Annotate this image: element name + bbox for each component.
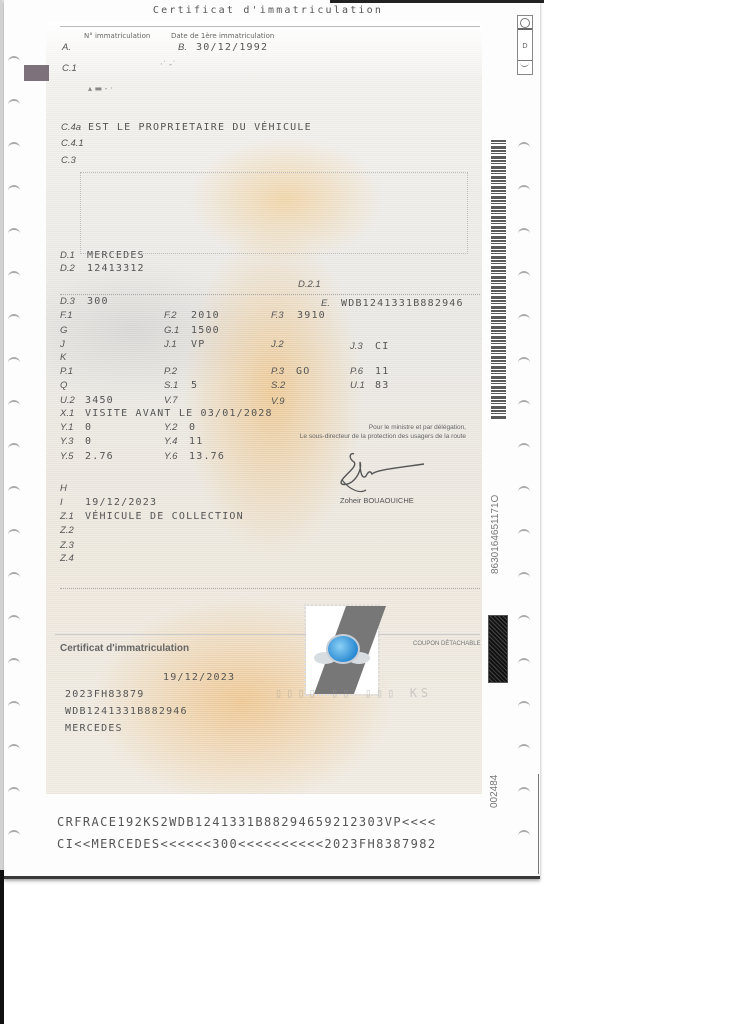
field-value-Y4: 11	[189, 436, 203, 447]
punch-hole-icon	[8, 615, 20, 623]
perforation-line	[538, 774, 539, 874]
field-label-S2: S.2	[271, 380, 285, 391]
field-label-J1: J.1	[164, 339, 177, 350]
punch-hole-icon	[8, 744, 20, 752]
field-label-S1: S.1	[164, 380, 178, 391]
faded-watermark: ▯▯▯▯ ▯▯ ▯▯▯ KS	[275, 686, 432, 700]
coupon-make: MERCEDES	[65, 723, 123, 734]
coupon-detachable-label: COUPON DÉTACHABLE	[413, 641, 481, 647]
field-label-J: J	[60, 339, 65, 350]
field-label-I: I	[60, 497, 63, 508]
field-label-U1: U.1	[350, 380, 365, 391]
barcode-number: 8630164651171O	[490, 495, 501, 574]
section-divider	[60, 588, 480, 589]
field-label-Y4: Y.4	[164, 436, 177, 447]
field-label-D21: D.2.1	[298, 279, 321, 290]
field-label-J3: J.3	[350, 341, 363, 352]
circle-icon	[518, 16, 532, 30]
field-value-B: 30/12/1992	[196, 42, 268, 53]
field-label-Y2: Y.2	[164, 422, 177, 433]
field-label-F3: F.3	[271, 310, 284, 321]
address-box	[80, 172, 468, 254]
field-value-C4a: EST LE PROPRIETAIRE DU VÉHICULE	[88, 122, 312, 133]
first-registration-label: Date de 1ère immatriculation	[171, 32, 274, 40]
field-value-U2: 3450	[85, 395, 114, 406]
field-value-D1: MERCEDES	[87, 250, 145, 261]
field-label-A: A.	[62, 42, 71, 53]
punch-hole-icon	[8, 56, 20, 64]
punch-hole-icon	[518, 271, 530, 279]
punch-hole-icon	[8, 787, 20, 795]
field-label-C4a: C.4a	[61, 122, 81, 133]
field-label-F2: F.2	[164, 310, 177, 321]
punch-hole-icon	[8, 400, 20, 408]
punch-hole-icon	[8, 486, 20, 494]
field-label-J2: J.2	[271, 339, 284, 350]
punch-hole-icon	[8, 142, 20, 150]
field-label-H: H	[60, 483, 67, 494]
field-value-I: 19/12/2023	[85, 497, 157, 508]
punch-hole-icon	[518, 572, 530, 580]
field-label-Y6: Y.6	[164, 451, 177, 462]
field-value-Z1: VÉHICULE DE COLLECTION	[85, 511, 244, 522]
field-value-P6: 11	[375, 366, 389, 377]
field-value-F2: 2010	[191, 310, 220, 321]
redacted-owner-name: ·˙ ‑˙	[160, 60, 176, 69]
field-label-Z2: Z.2	[60, 525, 74, 536]
punch-hole-icon	[518, 830, 530, 838]
field-label-P3: P.3	[271, 366, 284, 377]
punch-hole-icon	[8, 701, 20, 709]
field-label-X1: X.1	[60, 408, 74, 419]
field-value-Y5: 2.76	[85, 451, 114, 462]
field-label-D3: D.3	[60, 296, 75, 307]
marker-block	[24, 65, 49, 81]
section-divider	[60, 294, 480, 295]
signature-delegation: Pour le ministre et par délégation,	[290, 424, 466, 431]
globe-icon	[326, 634, 360, 664]
side-box: D	[517, 15, 533, 75]
field-label-Q: Q	[60, 380, 67, 391]
field-label-P2: P.2	[164, 366, 177, 377]
field-label-E: E.	[321, 298, 330, 309]
field-label-Y1: Y.1	[60, 422, 73, 433]
punch-hole-icon	[8, 443, 20, 451]
coupon-date: 19/12/2023	[163, 672, 235, 683]
side-box-letter: D	[518, 42, 532, 50]
punch-hole-icon	[518, 357, 530, 365]
registration-number-label: N° immatriculation	[84, 32, 150, 40]
field-value-G1: 1500	[191, 325, 220, 336]
arc-icon	[518, 60, 532, 75]
punch-hole-icon	[518, 314, 530, 322]
field-value-X1: VISITE AVANT LE 03/01/2028	[85, 408, 273, 419]
field-label-Y5: Y.5	[60, 451, 73, 462]
punch-hole-icon	[8, 830, 20, 838]
field-value-J1: VP	[191, 339, 205, 350]
field-value-E: WDB1241331B882946	[341, 298, 464, 309]
punch-hole-icon	[8, 572, 20, 580]
field-value-D2: 12413312	[87, 263, 145, 274]
field-label-Z1: Z.1	[60, 511, 74, 522]
punch-hole-icon	[518, 658, 530, 666]
field-value-J3: CI	[375, 341, 389, 352]
field-label-U2: U.2	[60, 395, 75, 406]
punch-hole-icon	[8, 99, 20, 107]
datamatrix-code	[488, 615, 508, 683]
punch-hole-icon	[518, 228, 530, 236]
punch-hole-icon	[518, 615, 530, 623]
redacted-owner-address: ▴ ▬ ‐ ·	[88, 84, 113, 93]
mrz-line-2: CI<<MERCEDES<<<<<<300<<<<<<<<<<2023FH838…	[57, 837, 436, 851]
field-label-Y3: Y.3	[60, 436, 73, 447]
punch-hole-icon	[8, 228, 20, 236]
header-divider	[60, 26, 480, 27]
document-title: Certificat d'immatriculation	[0, 5, 536, 16]
field-label-P1: P.1	[60, 366, 73, 377]
signature-icon	[336, 450, 428, 494]
fiscal-stamp	[306, 606, 378, 694]
coupon-vin: WDB1241331B882946	[65, 706, 188, 717]
field-label-C1: C.1	[62, 63, 77, 74]
field-label-G: G	[60, 325, 67, 336]
punch-hole-icon	[518, 400, 530, 408]
field-value-Y3: 0	[85, 436, 92, 447]
field-value-Y1: 0	[85, 422, 92, 433]
serial-number: 002484	[489, 775, 500, 808]
coupon-title: Certificat d'immatriculation	[60, 643, 189, 654]
punch-hole-icon	[518, 185, 530, 193]
field-label-C3: C.3	[61, 155, 76, 166]
coupon-formula-number: 2023FH83879	[65, 689, 144, 700]
punch-hole-icon	[518, 443, 530, 451]
field-label-V9: V.9	[271, 396, 285, 407]
field-label-D2: D.2	[60, 263, 75, 274]
punch-hole-icon	[8, 271, 20, 279]
field-value-U1: 83	[375, 380, 389, 391]
signatory-name: Zoheir BOUAOUICHE	[340, 496, 414, 505]
field-value-D3: 300	[87, 296, 109, 307]
field-label-F1: F.1	[60, 310, 73, 321]
punch-hole-icon	[518, 701, 530, 709]
punch-hole-icon	[8, 314, 20, 322]
scan-shadow	[330, 0, 544, 3]
punch-hole-icon	[518, 486, 530, 494]
field-label-B: B.	[178, 42, 187, 53]
field-label-K: K	[60, 352, 66, 363]
punch-hole-icon	[8, 357, 20, 365]
punch-hole-icon	[518, 787, 530, 795]
field-label-C41: C.4.1	[61, 138, 84, 149]
field-value-F3: 3910	[297, 310, 326, 321]
barcode	[491, 140, 506, 420]
punch-hole-icon	[8, 658, 20, 666]
field-value-P3: GO	[296, 366, 310, 377]
field-label-V7: V.7	[164, 395, 178, 406]
field-label-G1: G.1	[164, 325, 179, 336]
punch-hole-icon	[518, 529, 530, 537]
field-value-Y2: 0	[189, 422, 196, 433]
mrz-line-1: CRFRACE192KS2WDB1241331B88294659212303VP…	[57, 815, 436, 829]
field-label-Z4: Z.4	[60, 553, 74, 564]
field-label-Z3: Z.3	[60, 540, 74, 551]
field-label-D1: D.1	[60, 250, 75, 261]
signature-title: Le sous-directeur de la protection des u…	[260, 433, 466, 440]
punch-hole-icon	[8, 529, 20, 537]
punch-hole-icon	[518, 744, 530, 752]
field-value-Y6: 13.76	[189, 451, 225, 462]
coupon-divider	[55, 634, 480, 635]
scan-edge-dark	[0, 870, 4, 1024]
field-label-P6: P.6	[350, 366, 363, 377]
field-value-S1: 5	[191, 380, 198, 391]
punch-hole-icon	[8, 185, 20, 193]
punch-hole-icon	[518, 142, 530, 150]
